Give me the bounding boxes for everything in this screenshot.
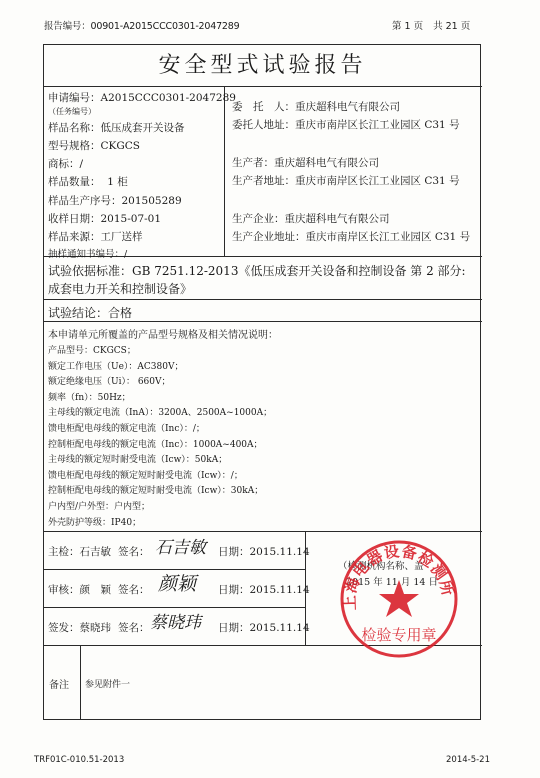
reviewer-role: 审核：颜 颖	[48, 584, 111, 596]
approver-date: 日期：2015.11.14	[218, 620, 310, 635]
remarks-value: 参见附件一	[85, 677, 130, 690]
reviewer-signature: 颜颖	[158, 569, 196, 596]
report-number-value: 00901-A2015CCC0301-2047289	[91, 21, 240, 32]
receipt-date: 收样日期：2015-07-01	[48, 211, 161, 226]
inspector-date: 日期：2015.11.14	[218, 544, 310, 559]
approver-row: 签发：蔡晓玮	[48, 620, 111, 635]
remarks-label: 备注	[49, 676, 69, 691]
approver-sign-label: 签名：	[118, 620, 150, 635]
divider	[80, 645, 81, 720]
list-item: 额定绝缘电压（Ui）： 660V；	[48, 375, 272, 391]
list-item: 馈电柜配电母线的额定电流（Inc）：/；	[48, 422, 272, 438]
trademark: 商标：/	[48, 156, 83, 171]
producer-address: 生产者地址：重庆市南岸区长江工业园区 C31 号	[232, 173, 460, 188]
report-number: 报告编号：00901-A2015CCC0301-2047289	[44, 18, 239, 32]
inspector-row: 主检：石吉敏	[48, 544, 111, 559]
document-title: 安全型式试验报告	[43, 48, 482, 79]
test-standard-cont: 成套电力开关和控制设备》	[48, 280, 192, 297]
list-item: 馈电柜配电母线的额定短时耐受电流（Icw）：/；	[48, 469, 272, 485]
divider	[43, 321, 482, 322]
client-address: 委托人地址：重庆市南岸区长江工业园区 C31 号	[232, 117, 460, 132]
inspector-role: 主检：石吉敏	[48, 546, 111, 558]
sample-source: 样品来源：工厂送样	[48, 229, 143, 244]
application-number: 申请编号：A2015CCC0301-2047289	[48, 90, 236, 105]
sampling-notice-number: 抽样通知书编号：/	[48, 246, 127, 260]
task-number-label: （任务编号）	[48, 106, 96, 117]
approver-role: 签发：蔡晓玮	[48, 622, 111, 634]
sample-name: 样品名称：低压成套开关设备	[48, 120, 185, 135]
inspector-sign-label: 签名：	[118, 544, 150, 559]
reviewer-date: 日期：2015.11.14	[218, 582, 310, 597]
divider	[43, 86, 482, 87]
client: 委 托 人：重庆超科电气有限公司	[232, 99, 400, 114]
approver-signature: 蔡晓玮	[150, 608, 201, 633]
page-indicator: 第 1 页共 21 页	[392, 18, 480, 32]
sample-serial: 样品生产序号：201505289	[48, 193, 182, 208]
form-number: TRF01C-010.51-2013	[34, 755, 124, 765]
list-item: 户内型/户外型：户内型；	[48, 500, 272, 516]
manufacturer-address: 生产企业地址：重庆市南岸区长江工业园区 C31 号	[232, 229, 470, 244]
sample-quantity: 样品数量： 1 柜	[48, 174, 128, 189]
list-item: 控制柜配电母线的额定电流（Inc）：1000A~400A；	[48, 438, 272, 454]
list-item: 主母线的额定电流（InA）：3200A、2500A~1000A；	[48, 406, 272, 422]
manufacturer: 生产企业：重庆超科电气有限公司	[232, 211, 390, 226]
report-number-label: 报告编号：	[44, 21, 91, 32]
stamp-bottom-text: 检验专用章	[361, 626, 436, 644]
description-heading: 本申请单元所覆盖的产品型号规格及相关情况说明：	[48, 326, 278, 341]
test-standard: 试验依据标准：GB 7251.12-2013《低压成套开关设备和控制设备 第 2…	[48, 262, 466, 279]
model-spec: 型号规格：CKGCS	[48, 138, 140, 153]
producer: 生产者：重庆超科电气有限公司	[232, 155, 379, 170]
reviewer-row: 审核：颜 颖	[48, 582, 111, 597]
list-item: 额定工作电压（Ue）：AC380V；	[48, 360, 272, 376]
divider	[224, 86, 225, 256]
reviewer-sign-label: 签名：	[118, 582, 150, 597]
form-date: 2014-5-21	[446, 755, 490, 765]
test-conclusion: 试验结论：合格	[48, 304, 132, 321]
page-total: 共 21 页	[433, 21, 470, 32]
divider	[43, 299, 482, 300]
description-list: 产品型号：CKGCS； 额定工作电压（Ue）：AC380V； 额定绝缘电压（Ui…	[48, 344, 272, 531]
inspector-signature: 石吉敏	[155, 533, 206, 558]
list-item: 主母线的额定短时耐受电流（Icw）：50kA；	[48, 453, 272, 469]
list-item: 控制柜配电母线的额定短时耐受电流（Icw）：30kA；	[48, 484, 272, 500]
page-number: 第 1 页	[392, 21, 423, 32]
list-item: 频率（fn）：50Hz；	[48, 391, 272, 407]
list-item: 外壳防护等级：IP40；	[48, 516, 272, 532]
divider	[43, 531, 482, 532]
star-icon	[379, 580, 419, 617]
list-item: 产品型号：CKGCS；	[48, 344, 272, 360]
inspection-seal: 上海电器设备检测所 检验专用章	[338, 538, 460, 660]
